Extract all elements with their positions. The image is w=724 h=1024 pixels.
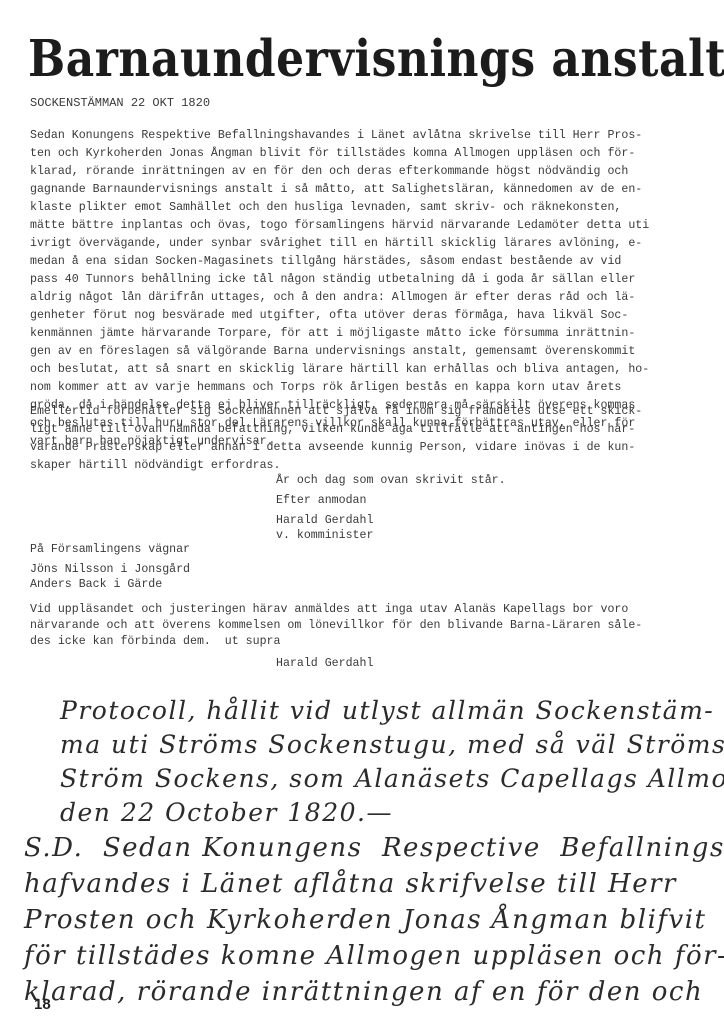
paragraph-addendum: Vid uppläsandet och justeringen härav an… — [30, 602, 700, 650]
request-line: Efter anmodan — [276, 493, 366, 508]
signer-title: v. komminister — [276, 528, 373, 543]
final-signer: Harald Gerdahl — [276, 656, 373, 671]
closing-line: År och dag som ovan skrivit står. — [276, 473, 506, 488]
congregation-label: På Församlingens vägnar — [30, 542, 190, 557]
page-number: 18 — [34, 996, 51, 1013]
paragraph-reservation: Emellertid förbehåller sig Sockenmännen … — [30, 403, 700, 475]
witness-2: Anders Back i Gärde — [30, 577, 162, 592]
page-title: Barnaundervisnings anstalt — [28, 30, 708, 89]
handwritten-protocol-body: S.D. Sedan Konungens Respective Befallni… — [24, 830, 724, 1010]
signer-name: Harald Gerdahl — [276, 513, 373, 528]
meeting-heading: SOCKENSTÄMMAN 22 OKT 1820 — [30, 96, 210, 110]
handwritten-protocol-header: Protocoll, hållit vid utlyst allmän Sock… — [60, 694, 724, 830]
witness-1: Jöns Nilsson i Jonsgård — [30, 562, 190, 577]
